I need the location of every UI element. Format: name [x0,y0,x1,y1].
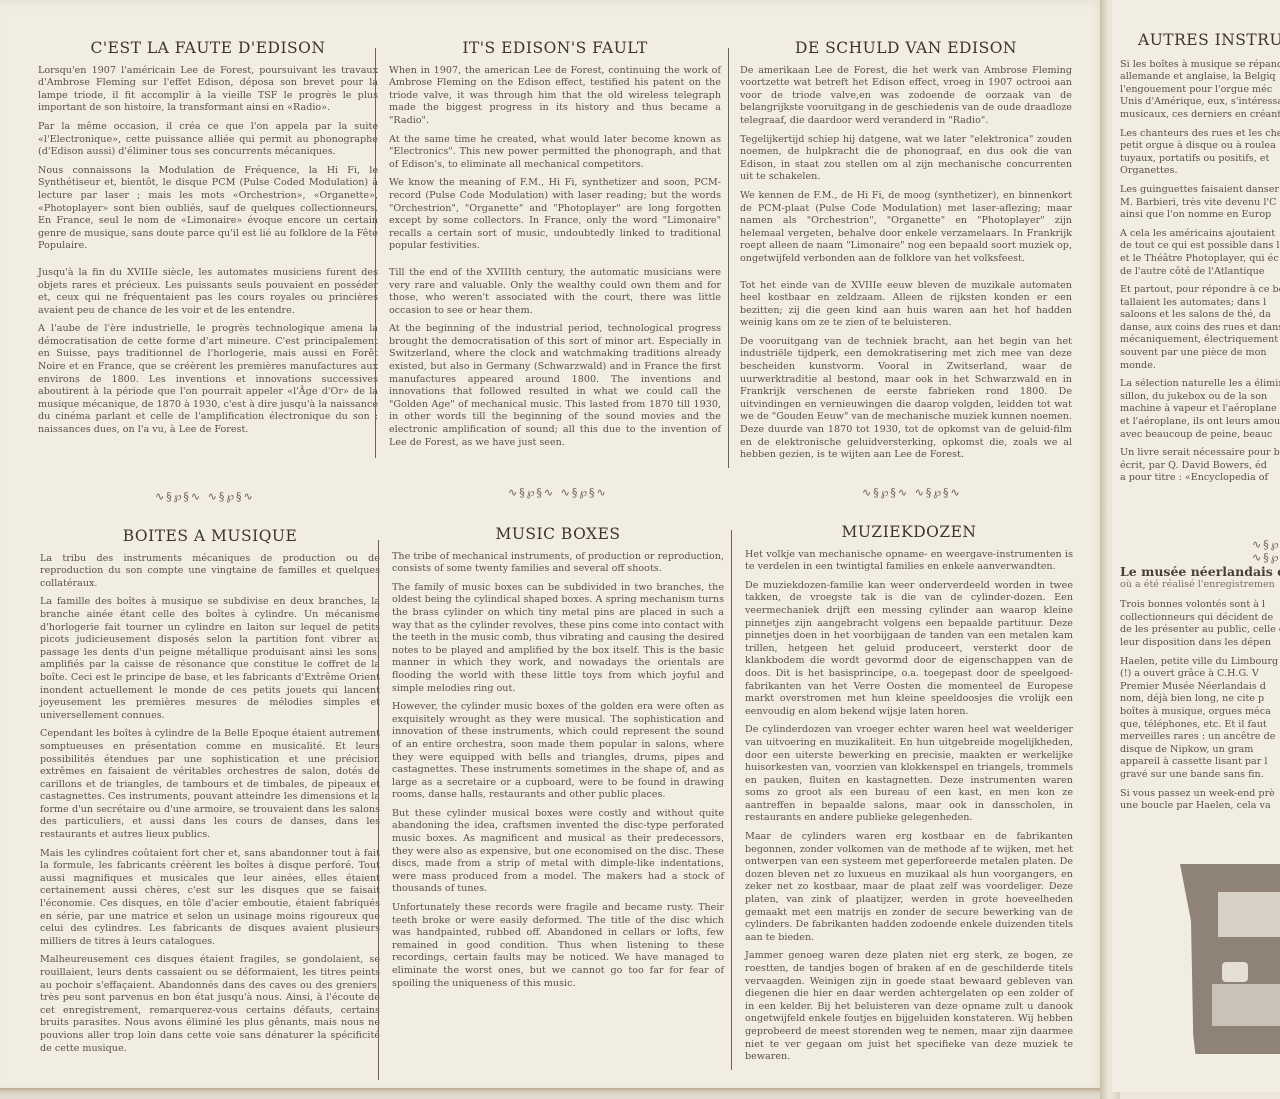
paragraph: Si vous passez un week-end prè une boucl… [1120,788,1280,813]
scroll-ornament-icon: ∿§℘§∿ ∿§℘§∿ [862,486,962,499]
music-box-drum-image [1222,962,1248,982]
paragraph: Les chanteurs des rues et les chev petit… [1120,128,1280,178]
paragraph: La tribu des instruments mécaniques de p… [40,553,380,591]
section-title: C'EST LA FAUTE D'EDISON [38,42,378,55]
paragraph: We kennen de F.M., de Hi Fi, de moog (sy… [740,190,1072,266]
paragraph: Tegelijkertijd schiep hij datgene, wat w… [740,134,1072,184]
paragraph: Et partout, pour répondre à ce be tallai… [1120,284,1280,372]
music-box-mechanism-image [1212,984,1280,1026]
paragraph: Malheureusement ces disques étaient frag… [40,954,380,1055]
section-english-edison: IT'S EDISON'S FAULT When in 1907, the am… [389,42,721,455]
paragraph: Till the end of the XVIIIth century, the… [389,267,721,317]
paragraph: Jusqu'à la fin du XVIIIe siècle, les aut… [38,267,378,317]
scroll-ornament-icon: ∿§℘§∿ ∿§℘§∿ [155,490,255,503]
paragraph: Un livre serait nécessaire pour b écrit,… [1120,447,1280,485]
paragraph: De cylinderdozen van vroeger echter ware… [745,724,1073,825]
column-divider [378,540,379,1080]
paragraph: De amerikaan Lee de Forest, die het werk… [740,65,1072,128]
column-divider [375,48,376,458]
section-title: DE SCHULD VAN EDISON [740,42,1072,55]
section-title: BOITES A MUSIQUE [40,530,380,543]
music-box-lid-image [1218,892,1280,937]
section-musee-neerlandais: Le musée néerlandais de où a été réalisé… [1120,566,1280,819]
section-autres-instruments: AUTRES INSTRUM Si les boîtes à musique s… [1120,34,1280,491]
section-title: MUSIC BOXES [392,528,724,541]
section-subtitle: où a été réalisé l'enregistremen [1120,579,1280,592]
paragraph: La sélection naturelle les a élimin sill… [1120,378,1280,441]
paragraph: Nous connaissons la Modulation de Fréque… [38,165,378,253]
paragraph: Haelen, petite ville du Limbourg (!) a o… [1120,656,1280,782]
paragraph: However, the cylinder music boxes of the… [392,701,724,802]
paragraph: De vooruitgang van de techniek bracht, a… [740,336,1072,462]
section-french-music-boxes: BOITES A MUSIQUE La tribu des instrument… [40,530,380,1061]
section-english-music-boxes: MUSIC BOXES The tribe of mechanical inst… [392,528,724,996]
paragraph: Tot het einde van de XVIIIe eeuw bleven … [740,280,1072,330]
paragraph: A cela les américains ajoutaient de tout… [1120,228,1280,278]
paragraph: Het volkje van mechanische opname- en we… [745,549,1073,574]
right-page: AUTRES INSTRUM Si les boîtes à musique s… [1112,0,1280,1092]
column-divider [728,48,729,468]
paragraph: Si les boîtes à musique se répandi allem… [1120,59,1280,122]
paragraph: La famille des boîtes à musique se subdi… [40,596,380,722]
column-divider [731,530,732,1070]
section-title: Le musée néerlandais de [1120,566,1280,579]
paragraph: Mais les cylindres coûtaient fort cher e… [40,848,380,949]
paragraph: Lorsqu'en 1907 l'américain Lee de Forest… [38,65,378,115]
left-page: C'EST LA FAUTE D'EDISON Lorsqu'en 1907 l… [0,0,1105,1092]
paragraph: Jammer genoeg waren deze platen niet erg… [745,950,1073,1063]
paragraph: De muziekdozen-familie kan weer onderver… [745,580,1073,719]
paragraph: We know the meaning of F.M., Hi Fi, synt… [389,177,721,253]
paragraph: Par la même occasion, il créa ce que l'o… [38,121,378,159]
page-bottom-edge [0,1088,1110,1099]
section-title: MUZIEKDOZEN [745,526,1073,539]
paragraph: A l'aube de l'ère industrielle, le progr… [38,323,378,436]
paragraph: Trois bonnes volontés sont à l collectio… [1120,599,1280,649]
paragraph: The tribe of mechanical instruments, of … [392,551,724,576]
section-french-edison: C'EST LA FAUTE D'EDISON Lorsqu'en 1907 l… [38,42,378,443]
paragraph: At the beginning of the industrial perio… [389,323,721,449]
paragraph: Cependant les boîtes à cylindre de la Be… [40,728,380,841]
paragraph: When in 1907, the american Lee de Forest… [389,65,721,128]
paragraph: Les guinguettes faisaient danser M. Barb… [1120,184,1280,222]
scroll-ornament-icon: ∿§℘§∿ ∿§℘§∿ [1252,538,1280,564]
scroll-ornament-icon: ∿§℘§∿ ∿§℘§∿ [508,486,608,499]
paragraph: Unfortunately these records were fragile… [392,902,724,990]
paragraph: The family of music boxes can be subdivi… [392,582,724,695]
paragraph: Maar de cylinders waren erg kostbaar en … [745,831,1073,944]
paragraph: At the same time he created, what would … [389,134,721,172]
section-title: IT'S EDISON'S FAULT [389,42,721,55]
section-title: AUTRES INSTRUM [1138,34,1280,47]
paragraph: But these cylinder musical boxes were co… [392,808,724,896]
section-dutch-music-boxes: MUZIEKDOZEN Het volkje van mechanische o… [745,526,1073,1070]
section-dutch-edison: DE SCHULD VAN EDISON De amerikaan Lee de… [740,42,1072,468]
music-box-photo [1180,864,1280,1054]
